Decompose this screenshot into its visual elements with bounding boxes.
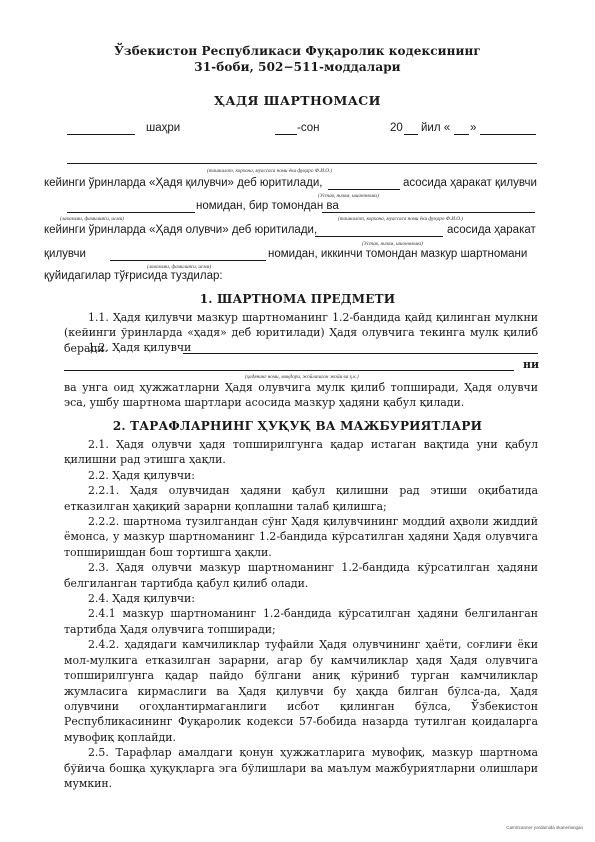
acting-on-basis-2: асосида ҳаракат [447,224,536,236]
clause-2-3: 2.3. Ҳадя олувчи мазкур шартноманинг 1.2… [64,560,538,591]
acting-on-basis: асосида ҳаракат қилувчи [403,177,537,189]
number-suffix: -сон [297,122,319,134]
caption-org1: (ташкилот, корхона, муассаса номи ёки фу… [207,168,332,174]
concluded-text: қуйидагилар тўғрисида туздилар: [44,270,223,282]
recipient-basis-field[interactable] [315,236,443,237]
clause-2-4-2: 2.4.2. ҳадядаги камчиликлар туфайли Ҳадя… [64,637,538,745]
scanner-watermark: CamScanner yordamida skanerlangan [506,825,583,830]
clause-1-2-continuation: ва унга оид ҳужжатларни Ҳадя олувчига му… [64,380,538,411]
recipient-representative-field[interactable] [110,260,266,261]
on-behalf-2: номидан, иккинчи томондан мазкур шартном… [268,248,527,260]
year-suffix: йил « [421,122,450,134]
clause-2-2-1: 2.2.1. Ҳадя олувчидан ҳадяни қабул қилиш… [64,483,538,514]
recipient-name-field[interactable] [322,212,535,213]
gift-description-field-2[interactable] [64,370,514,371]
year-blank[interactable] [404,134,418,135]
year-prefix: 20 [390,122,403,134]
day-blank[interactable] [454,134,469,135]
code-reference-line1: Ўзбекистон Республикаси Фуқаролик кодекс… [0,44,595,58]
clause-2-2-2: 2.2.2. шартнома тузилгандан сўнг Ҳадя қи… [64,514,538,560]
code-reference-line2: 31-боби, 502−511-моддалари [0,60,595,74]
clause-1-2-text: ва унга оид ҳужжатларни Ҳадя олувчига му… [64,380,538,411]
section2-body: 2.1. Ҳадя олувчи ҳадя топширилгунга қада… [64,437,538,791]
clause-2-4: 2.4. Ҳадя қилувчи: [64,591,538,606]
recipient-designation: кейинги ўринларда «Ҳадя олувчи» деб юрит… [44,224,317,236]
section1-heading: 1. ШАРТНОМА ПРЕДМЕТИ [0,292,595,306]
section2-heading: 2. ТАРАФЛАРНИНГ ҲУҚУҚ ВА МАЖБУРИЯТЛАРИ [0,419,595,433]
caption-position1: (лавозими, фамилияси, исми) [60,216,124,222]
clause-2-1: 2.1. Ҳадя олувчи ҳадя топширилгунга қада… [64,437,538,468]
caption-org2: (ташкилот, корхона, муассаса номи ёки фу… [338,216,463,222]
on-behalf-1: номидан, бир томондан ва [196,200,339,212]
day-close: » [470,122,476,134]
donor-representative-field[interactable] [67,212,195,213]
clause-1-2-label: 1.2. Ҳадя қилувчи [88,341,191,354]
caption-charter2: (Устав, низом, ишончнома) [362,241,423,247]
city-suffix: шаҳри [146,122,180,134]
gift-description-field-1[interactable] [183,353,538,354]
donor-basis-field[interactable] [328,189,400,190]
donor-name-field[interactable] [67,163,537,164]
month-blank[interactable] [480,134,536,135]
clause-2-4-1: 2.4.1 мазкур шартноманинг 1.2-бандида кў… [64,606,538,637]
number-blank[interactable] [275,134,297,135]
city-blank[interactable] [67,134,135,135]
donor-designation: кейинги ўринларда «Ҳадя қилувчи» деб юри… [44,177,322,189]
clause-2-2: 2.2. Ҳадя қилувчи: [64,468,538,483]
document-title: ҲАДЯ ШАРТНОМАСИ [0,93,595,108]
caption-charter1: (Устав, низом, ишончнома) [318,193,379,199]
acting-word: қилувчи [44,248,86,260]
clause-1-2-suffix: ни [523,358,539,371]
clause-2-5: 2.5. Тарафлар амалдаги қонун ҳужжатлариг… [64,745,538,791]
